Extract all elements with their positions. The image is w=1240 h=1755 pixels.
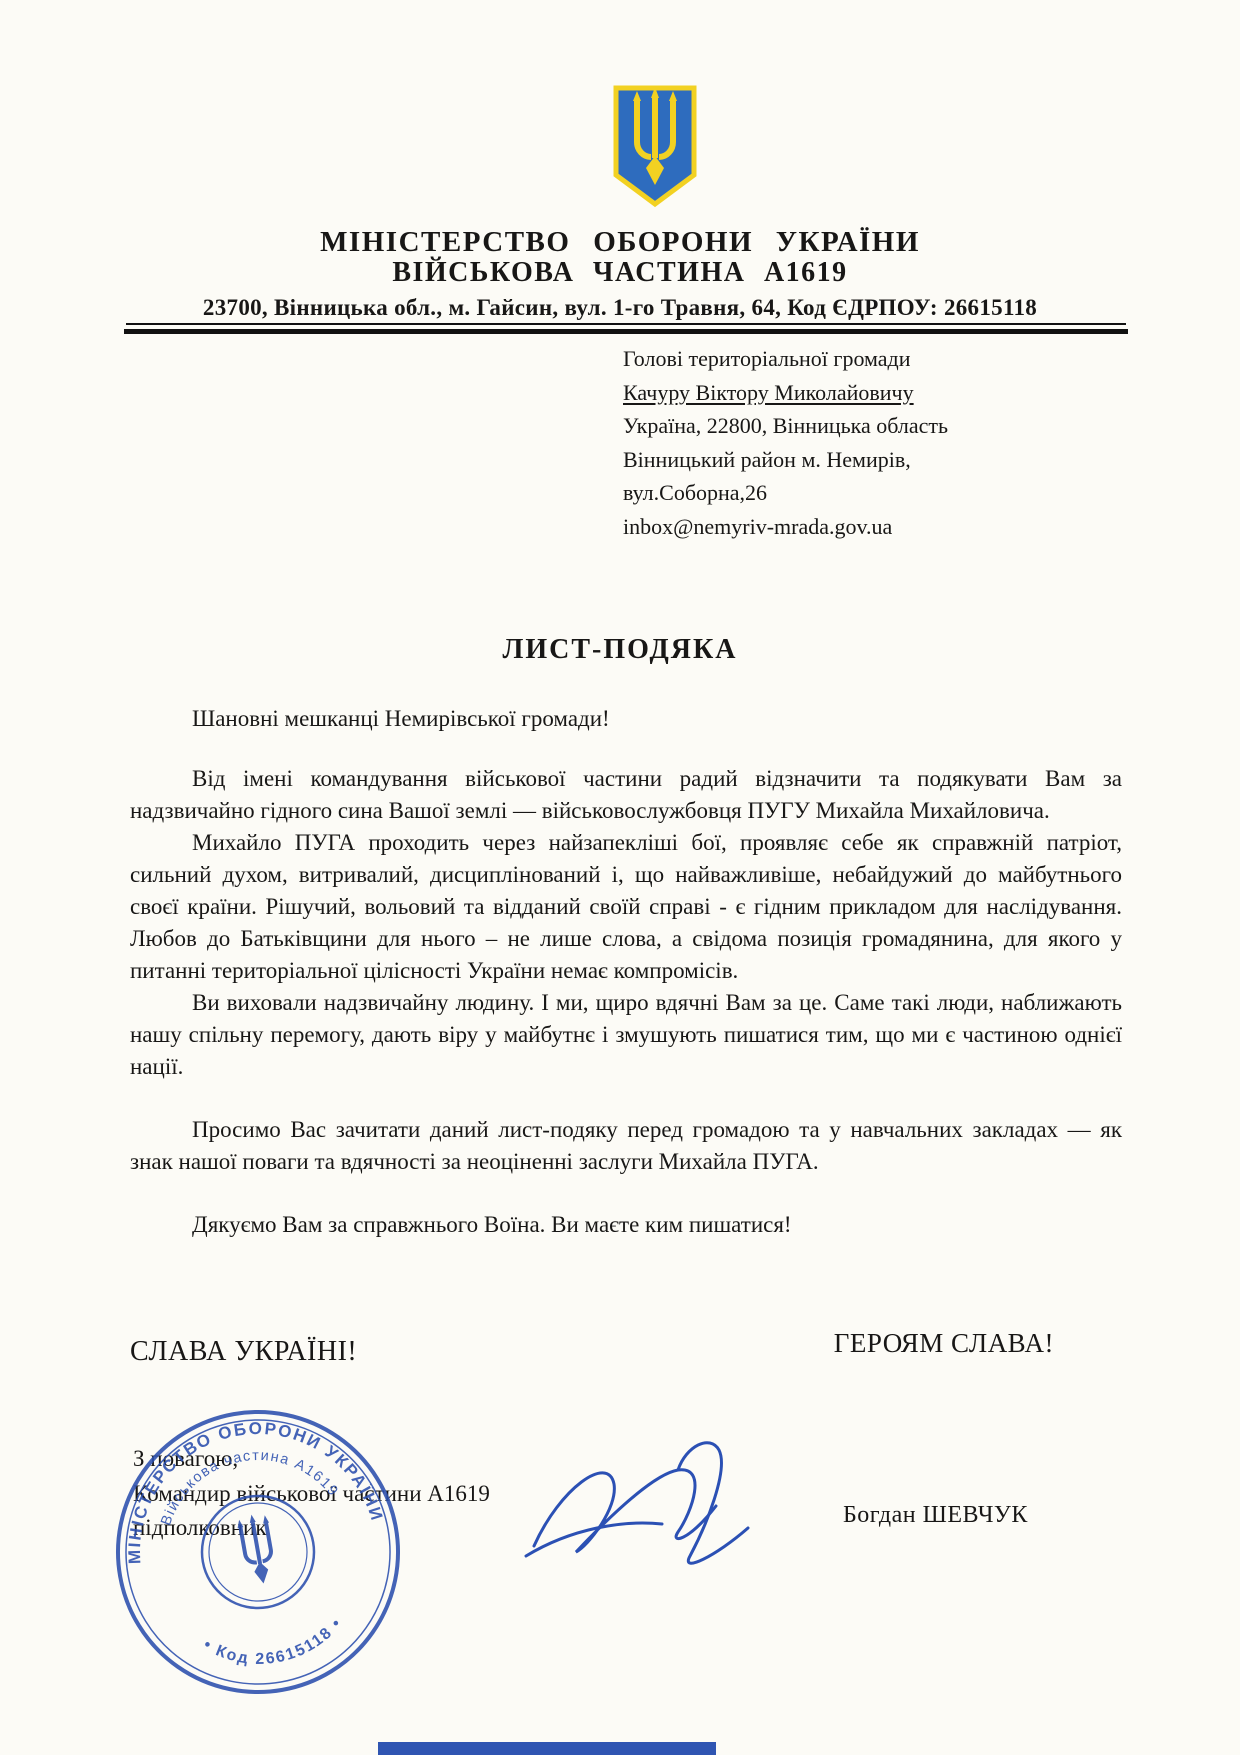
paragraph-1: Від імені командування військової частин…: [130, 763, 1122, 827]
heroiam-slava-line: ГЕРОЯМ СЛАВА!: [834, 1328, 1054, 1359]
military-unit-title: ВІЙСЬКОВА ЧАСТИНА А1619: [0, 257, 1240, 289]
military-unit-round-stamp: МІНІСТЕРСТВО ОБОРОНИ УКРАЇНИ Військова ч…: [89, 1383, 427, 1721]
ministry-title: МІНІСТЕРСТВО ОБОРОНИ УКРАЇНИ: [0, 226, 1240, 259]
header-divider-thick: [124, 329, 1128, 334]
ukraine-trident-emblem-icon: [612, 84, 698, 208]
stamp-ring-top-text: МІНІСТЕРСТВО ОБОРОНИ УКРАЇНИ: [104, 1398, 387, 1567]
header-divider-thin: [126, 323, 1126, 325]
recipient-role: Голові територіальної громади: [623, 342, 1043, 376]
greeting-line: Шановні мешканці Немирівської громади!: [130, 703, 1122, 735]
letter-body: Шановні мешканці Немирівської громади! В…: [130, 703, 1122, 1241]
handwritten-signature-icon: [520, 1428, 780, 1588]
recipient-city: Вінницький район м. Немирів,: [623, 443, 1043, 477]
stamp-trident-icon: [236, 1512, 280, 1586]
recipient-street: вул.Соборна,26: [623, 476, 1043, 510]
unit-address: 23700, Вінницька обл., м. Гайсин, вул. 1…: [0, 295, 1240, 321]
paragraph-3: Ви виховали надзвичайну людину. І ми, щи…: [130, 987, 1122, 1083]
svg-text:МІНІСТЕРСТВО ОБОРОНИ УКРАЇНИ: МІНІСТЕРСТВО ОБОРОНИ УКРАЇНИ: [104, 1398, 387, 1567]
recipient-email: inbox@nemyriv-mrada.gov.ua: [623, 510, 1043, 544]
paragraph-4: Просимо Вас зачитати даний лист-подяку п…: [130, 1114, 1122, 1178]
paragraph-2: Михайло ПУГА проходить через найзапекліш…: [130, 827, 1122, 987]
slava-ukraini-line: СЛАВА УКРАЇНІ!: [130, 1336, 357, 1368]
stamp-ring-bottom-text: • Код 26615118 •: [198, 1613, 351, 1680]
recipient-block: Голові територіальної громади Качуру Вік…: [623, 342, 1043, 543]
letter-page: МІНІСТЕРСТВО ОБОРОНИ УКРАЇНИ ВІЙСЬКОВА Ч…: [0, 0, 1240, 1755]
recipient-name: Качуру Віктору Миколайовичу: [623, 376, 1043, 410]
recipient-region: Україна, 22800, Вінницька область: [623, 409, 1043, 443]
scan-artifact-strip: [378, 1742, 716, 1755]
paragraph-5: Дякуємо Вам за справжнього Воїна. Ви має…: [130, 1209, 1122, 1241]
svg-text:• Код 26615118 •: • Код 26615118 •: [198, 1613, 351, 1680]
letter-title: ЛИСТ-ПОДЯКА: [0, 634, 1240, 666]
commander-name: Богдан ШЕВЧУК: [843, 1502, 1028, 1529]
